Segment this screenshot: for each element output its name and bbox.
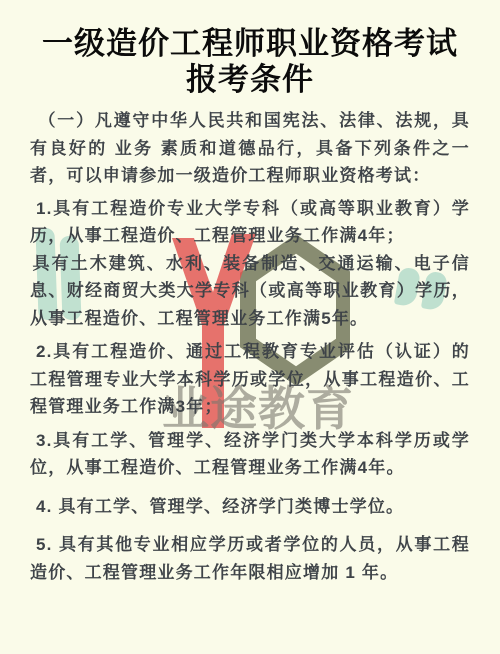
- requirement-item-2: 2.具有工程造价、通过工程教育专业评估（认证）的工程管理专业大学本科学历或学位，…: [30, 338, 470, 421]
- requirement-item-1: 1.具有工程造价专业大学专科（或高等职业教育）学历，从事工程造价、工程管理业务工…: [30, 195, 470, 250]
- page-title-line2: 报考条件: [186, 62, 314, 97]
- requirement-item-5: 5. 具有其他专业相应学历或者学位的人员，从事工程造价、工程管理业务工作年限相应…: [30, 531, 470, 586]
- intro-paragraph: （一）凡遵守中华人民共和国宪法、法律、法规，具有良好的 业务 素质和道德品行，具…: [30, 107, 470, 190]
- document-page: 业途教育 一级造价工程师职业资格考试 报考条件 （一）凡遵守中华人民共和国宪法、…: [0, 0, 500, 654]
- document-content: 一级造价工程师职业资格考试 报考条件 （一）凡遵守中华人民共和国宪法、法律、法规…: [0, 26, 500, 586]
- requirement-item-3: 3.具有工学、管理学、经济学门类大学本科学历或学位，从事工程造价、工程管理业务工…: [30, 427, 470, 482]
- requirement-item-4: 4. 具有工学、管理学、经济学门类博士学位。: [30, 493, 470, 521]
- requirements-text: （一）凡遵守中华人民共和国宪法、法律、法规，具有良好的 业务 素质和道德品行，具…: [30, 107, 470, 586]
- page-title: 一级造价工程师职业资格考试 报考条件: [30, 26, 470, 98]
- requirement-item-1-cont: 具有土木建筑、水利、装备制造、交通运输、电子信息、财经商贸大类大学专科（或高等职…: [30, 250, 470, 333]
- page-title-line1: 一级造价工程师职业资格考试: [42, 26, 458, 61]
